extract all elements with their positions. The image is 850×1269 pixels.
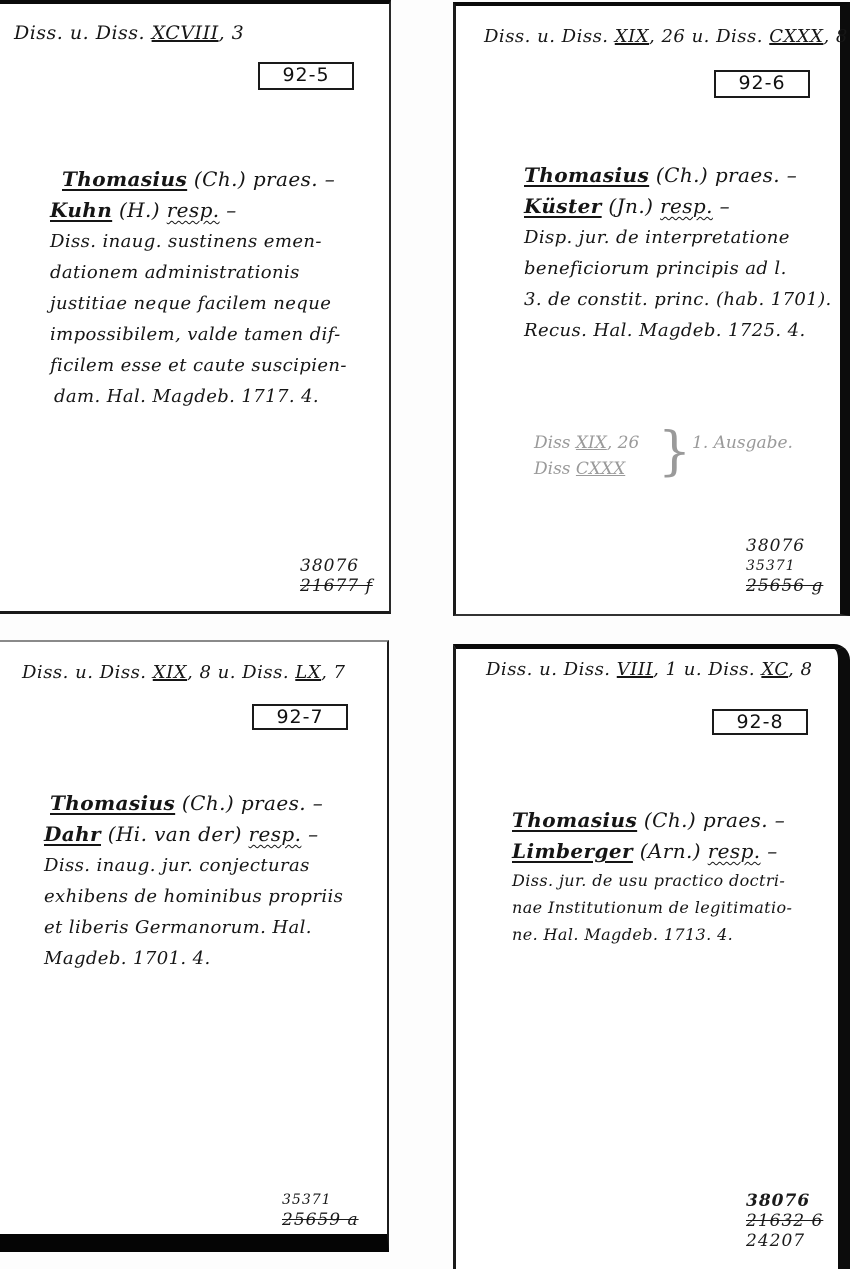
shelfmark-prefix: Diss. u. Diss. [484,26,609,47]
catalog-card-92-6: Diss. u. Diss. XIX, 26 u. Diss. CXXX, 8 … [453,2,850,616]
respondent-initial: (Hi. van der) [108,822,242,846]
respondent-surname: Dahr [44,822,101,846]
catalog-entry: Thomasius (Ch.) praes. – Limberger (Arn.… [512,805,792,948]
catalog-card-92-8: Diss. u. Diss. VIII, 1 u. Diss. XC, 8 92… [453,644,850,1269]
pencil-note-remark: 1. Ausgabe. [692,430,793,456]
shelfmark-number: , 8 u. Diss. [187,662,289,683]
shelfmark-number: , 3 [219,22,245,44]
shelfmark-prefix: Diss. u. Diss. [22,662,147,683]
shelfmark-volume-2: LX [295,662,321,683]
shelfmark-number-2: , 8 [788,659,812,680]
call-number-box: 92-5 [258,62,354,90]
respondent-initial: (Jn.) [608,194,653,218]
shelfmark-volume: XIX [153,662,187,683]
call-number-box: 92-8 [712,709,808,735]
respondent-surname: Küster [524,194,602,218]
call-number-box: 92-6 [714,70,810,98]
respondent-initial: (H.) [119,198,160,222]
title-line: Diss. inaug. sustinens emen- [50,226,347,257]
praeses-surname: Thomasius [50,791,175,815]
accession-number: 38076 [746,1191,823,1211]
accession-numbers: 38076 21632 6 24207 [746,1191,823,1251]
shelfmark-prefix: Diss. u. Diss. [14,22,145,44]
catalog-card-92-7: Diss. u. Diss. XIX, 8 u. Diss. LX, 7 92-… [0,640,389,1252]
praeses-role: praes. – [715,163,797,187]
praeses-line: Thomasius (Ch.) praes. – [524,160,832,191]
accession-number: 38076 [300,556,373,576]
shelfmark: Diss. u. Diss. XCVIII, 3 [14,22,244,44]
praeses-initial: (Ch.) [194,167,246,191]
catalog-entry: Thomasius (Ch.) praes. – Kuhn (H.) resp.… [62,164,347,412]
respondent-initial: (Arn.) [640,839,701,863]
respondent-line: Limberger (Arn.) resp. – [512,836,792,867]
respondent-line: Küster (Jn.) resp. – [524,191,832,222]
respondent-surname: Kuhn [50,198,112,222]
pencil-prefix: Diss [534,459,571,479]
praeses-role: praes. – [703,808,785,832]
respondent-role: resp. [249,822,302,846]
respondent-dash: – [301,822,318,846]
brace-glyph: } [658,426,691,478]
shelfmark-volume-2: XC [761,659,788,680]
shelfmark-volume: XCVIII [152,22,219,44]
praeses-surname: Thomasius [524,163,649,187]
catalog-card-92-5: Diss. u. Diss. XCVIII, 3 92-5 Thomasius … [0,0,391,614]
praeses-line: Thomasius (Ch.) praes. – [62,164,347,195]
pencil-note-line: Diss CXXX [534,456,639,482]
praeses-surname: Thomasius [62,167,187,191]
title-line: Diss. jur. de usu practico doctri- [512,867,792,894]
catalog-entry: Thomasius (Ch.) praes. – Dahr (Hi. van d… [50,788,343,974]
title-line: exhibens de hominibus propriis [44,881,343,912]
respondent-role: resp. [708,839,761,863]
catalog-entry: Thomasius (Ch.) praes. – Küster (Jn.) re… [524,160,832,346]
shelfmark: Diss. u. Diss. XIX, 26 u. Diss. CXXX, 8 [484,26,848,47]
shelfmark-volume: VIII [617,659,653,680]
accession-number: 35371 [746,556,823,576]
respondent-dash: – [761,839,778,863]
respondent-line: Kuhn (H.) resp. – [50,195,347,226]
praeses-initial: (Ch.) [182,791,234,815]
title-line: dam. Hal. Magdeb. 1717. 4. [54,381,347,412]
title-line: et liberis Germanorum. Hal. [44,912,343,943]
title-line: nae Institutionum de legitimatio- [512,894,792,921]
accession-number: 35371 [282,1190,359,1210]
accession-number-struck: 25656 g [746,576,823,596]
title-line: Recus. Hal. Magdeb. 1725. 4. [524,315,832,346]
shelfmark-number-2: , 8 [823,26,847,47]
pencil-prefix: Diss [534,433,571,453]
respondent-role: resp. [167,198,220,222]
pencil-number: , 26 [607,433,639,453]
accession-number-struck: 21677 f [300,576,373,596]
title-line: 3. de constit. princ. (hab. 1701). [524,284,832,315]
shelfmark-number: , 26 u. Diss. [649,26,763,47]
pencil-volume: XIX [576,433,607,453]
accession-number-struck: 21632 6 [746,1211,823,1231]
praeses-role: praes. – [253,167,335,191]
praeses-initial: (Ch.) [656,163,708,187]
shelfmark-volume: XIX [615,26,649,47]
respondent-surname: Limberger [512,839,633,863]
praeses-surname: Thomasius [512,808,637,832]
accession-number-struck: 25659 a [282,1210,359,1230]
title-line: dationem administrationis [50,257,347,288]
accession-numbers: 38076 35371 25656 g [746,536,823,596]
respondent-dash: – [713,194,730,218]
title-line: Magdeb. 1701. 4. [44,943,343,974]
title-line: Diss. inaug. jur. conjecturas [44,850,343,881]
shelfmark-number: , 1 u. Diss. [653,659,755,680]
shelfmark-number-2: , 7 [321,662,345,683]
pencil-note-line: Diss XIX, 26 [534,430,639,456]
praeses-line: Thomasius (Ch.) praes. – [512,805,792,836]
praeses-role: praes. – [241,791,323,815]
pencil-volume: CXXX [576,459,625,479]
praeses-line: Thomasius (Ch.) praes. – [50,788,343,819]
shelfmark-prefix: Diss. u. Diss. [486,659,611,680]
shelfmark-volume-2: CXXX [769,26,823,47]
respondent-line: Dahr (Hi. van der) resp. – [44,819,343,850]
title-line: beneficiorum principis ad l. [524,253,832,284]
shelfmark: Diss. u. Diss. XIX, 8 u. Diss. LX, 7 [22,662,345,683]
accession-number: 38076 [746,536,823,556]
accession-numbers: 38076 21677 f [300,556,373,596]
call-number-box: 92-7 [252,704,348,730]
respondent-dash: – [220,198,237,222]
title-line: ne. Hal. Magdeb. 1713. 4. [512,921,792,948]
title-line: justitiae neque facilem neque [50,288,347,319]
title-line: Disp. jur. de interpretatione [524,222,832,253]
accession-numbers: 35371 25659 a [282,1190,359,1230]
accession-number: 24207 [746,1231,823,1251]
title-line: ficilem esse et caute suscipien- [50,350,347,381]
title-line: impossibilem, valde tamen dif- [50,319,347,350]
shelfmark: Diss. u. Diss. VIII, 1 u. Diss. XC, 8 [486,659,812,680]
pencil-note: Diss XIX, 26 Diss CXXX [534,430,639,482]
praeses-initial: (Ch.) [644,808,696,832]
respondent-role: resp. [660,194,713,218]
